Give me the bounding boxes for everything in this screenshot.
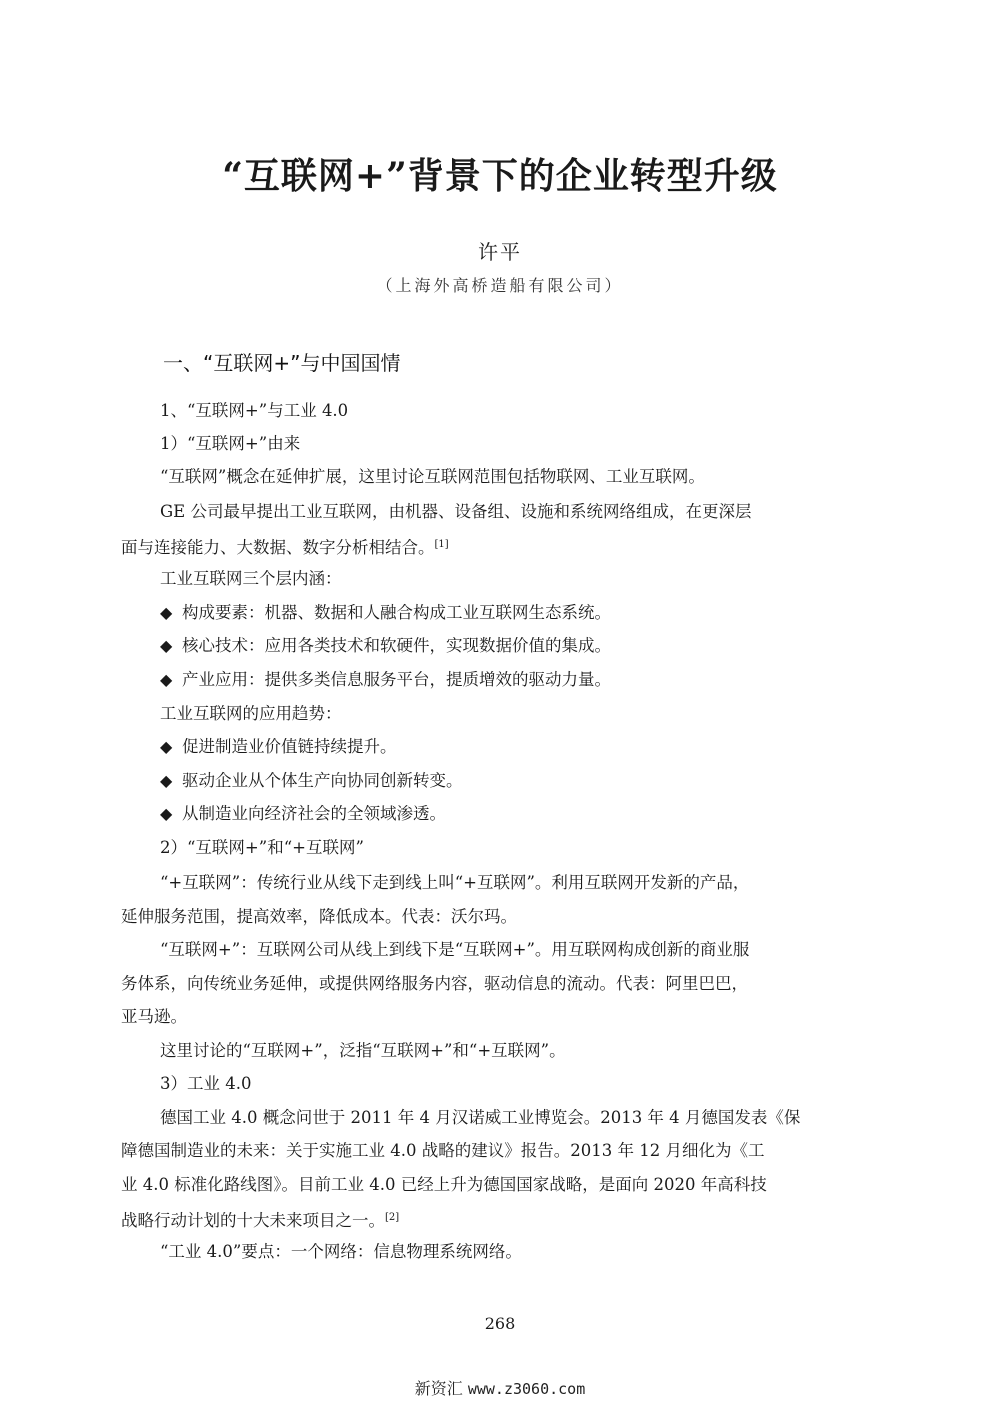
- paragraph-line: “+互联网”：传统行业从线下走到线上叫“+互联网”。利用互联网开发新的产品，: [160, 873, 749, 893]
- paragraph-line: 障德国制造业的未来：关于实施工业 4.0 战略的建议》报告。2013 年 12 …: [121, 1141, 764, 1161]
- paragraph-line: “工业 4.0”要点：一个网络：信息物理系统网络。: [160, 1242, 522, 1262]
- bullet-item: ◆产业应用：提供多类信息服务平台，提质增效的驱动力量。: [160, 670, 611, 690]
- subsection-heading: 1）“互联网+”由来: [160, 434, 300, 454]
- diamond-bullet-icon: ◆: [160, 670, 182, 690]
- paragraph-line: 工业互联网的应用趋势：: [160, 704, 342, 724]
- author-name: 许平: [0, 236, 1000, 265]
- paragraph-line: 德国工业 4.0 概念问世于 2011 年 4 月汉诺威工业博览会。2013 年…: [160, 1108, 800, 1128]
- bullet-item: ◆促进制造业价值链持续提升。: [160, 737, 397, 757]
- subsection-heading: 1、“互联网+”与工业 4.0: [160, 401, 348, 421]
- paragraph-line: 亚马逊。: [121, 1007, 187, 1027]
- paragraph-line: 业 4.0 标准化路线图》。目前工业 4.0 已经上升为德国国家战略，是面向 2…: [121, 1175, 767, 1195]
- subsection-heading: 3）工业 4.0: [160, 1074, 251, 1094]
- page-number: 268: [0, 1314, 1000, 1333]
- diamond-bullet-icon: ◆: [160, 771, 182, 791]
- citation-ref: [1]: [435, 539, 449, 550]
- subsection-heading: 2）“互联网+”和“+互联网”: [160, 838, 364, 858]
- bullet-item: ◆驱动企业从个体生产向协同创新转变。: [160, 771, 463, 791]
- paragraph-line: 延伸服务范围，提高效率，降低成本。代表：沃尔玛。: [121, 907, 517, 927]
- section-heading: 一、“互联网+”与中国国情: [163, 347, 400, 376]
- footer-watermark: 新资汇 www.z3060.com: [0, 1376, 1000, 1399]
- diamond-bullet-icon: ◆: [160, 603, 182, 623]
- author-affiliation: （上海外高桥造船有限公司）: [0, 273, 1000, 296]
- paragraph-line: GE 公司最早提出工业互联网，由机器、设备组、设施和系统网络组成，在更深层: [160, 502, 751, 522]
- bullet-item: ◆构成要素：机器、数据和人融合构成工业互联网生态系统。: [160, 603, 611, 623]
- document-title: “互联网+”背景下的企业转型升级: [0, 148, 1000, 199]
- paragraph-line: “互联网+”：互联网公司从线上到线下是“互联网+”。用互联网构成创新的商业服: [160, 940, 749, 960]
- diamond-bullet-icon: ◆: [160, 737, 182, 757]
- paragraph-line: 战略行动计划的十大未来项目之一。[2]: [121, 1208, 399, 1231]
- bullet-item: ◆核心技术：应用各类技术和软硬件，实现数据价值的集成。: [160, 636, 611, 656]
- paragraph-line: “互联网”概念在延伸扩展，这里讨论互联网范围包括物联网、工业互联网。: [160, 467, 705, 487]
- paragraph-line: 这里讨论的“互联网+”，泛指“互联网+”和“+互联网”。: [160, 1041, 566, 1061]
- citation-ref: [2]: [385, 1212, 399, 1223]
- paragraph-line: 面与连接能力、大数据、数字分析相结合。[1]: [121, 535, 449, 558]
- diamond-bullet-icon: ◆: [160, 804, 182, 824]
- paragraph-line: 工业互联网三个层内涵：: [160, 569, 342, 589]
- footer-site-name: 新资汇: [415, 1379, 463, 1398]
- bullet-item: ◆从制造业向经济社会的全领域渗透。: [160, 804, 446, 824]
- footer-url[interactable]: www.z3060.com: [468, 1380, 585, 1398]
- diamond-bullet-icon: ◆: [160, 636, 182, 656]
- paragraph-line: 务体系，向传统业务延伸，或提供网络服务内容，驱动信息的流动。代表：阿里巴巴，: [121, 974, 748, 994]
